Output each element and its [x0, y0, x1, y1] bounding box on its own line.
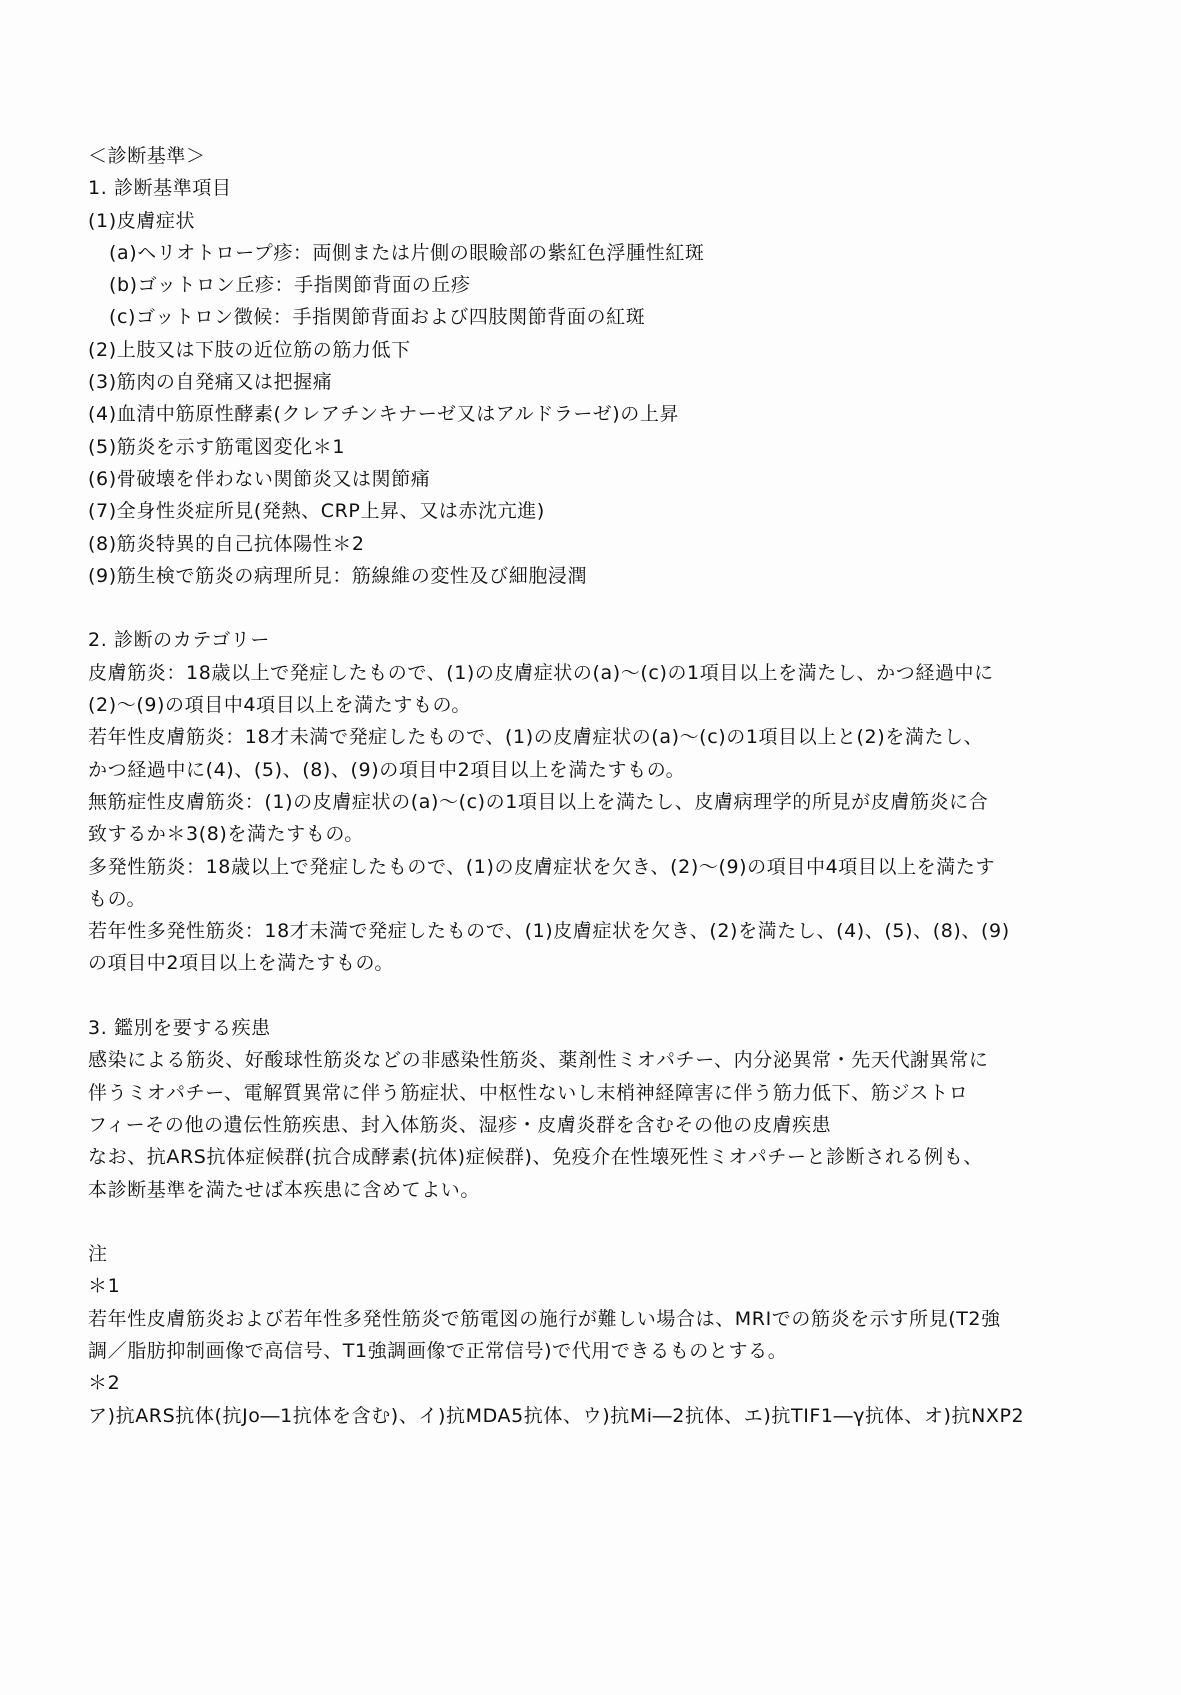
- criteria-subitem-b: (b)ゴットロン丘疹：手指関節背面の丘疹: [88, 269, 1098, 301]
- note1-label: ＊1: [88, 1270, 1098, 1302]
- criteria-item-3: (3)筋肉の自発痛又は把握痛: [88, 366, 1098, 398]
- criteria-subitem-a: (a)ヘリオトロープ疹：両側または片側の眼瞼部の紫紅色浮腫性紅斑: [88, 237, 1098, 269]
- criteria-item-7: (7)全身性炎症所見(発熱、CRP上昇、又は赤沈亢進): [88, 495, 1098, 527]
- category-line: の項目中2項目以上を満たすもの。: [88, 947, 1098, 979]
- criteria-subitem-c: (c)ゴットロン徴候：手指関節背面および四肢関節背面の紅斑: [88, 301, 1098, 333]
- category-line: 致するか＊3(8)を満たすもの。: [88, 818, 1098, 850]
- differential-line: 感染による筋炎、好酸球性筋炎などの非感染性筋炎、薬剤性ミオパチー、内分泌異常・先…: [88, 1044, 1098, 1076]
- spacer: [88, 592, 1098, 624]
- criteria-item-6: (6)骨破壊を伴わない関節炎又は関節痛: [88, 463, 1098, 495]
- criteria-item-8: (8)筋炎特異的自己抗体陽性＊2: [88, 528, 1098, 560]
- criteria-item-1: (1)皮膚症状: [88, 205, 1098, 237]
- category-line: (2)～(9)の項目中4項目以上を満たすもの。: [88, 689, 1098, 721]
- category-line: 皮膚筋炎：18歳以上で発症したもので、(1)の皮膚症状の(a)～(c)の1項目以…: [88, 657, 1098, 689]
- differential-line: なお、抗ARS抗体症候群(抗合成酵素(抗体)症候群)、免疫介在性壊死性ミオパチー…: [88, 1141, 1098, 1173]
- notes-heading: 注: [88, 1238, 1098, 1270]
- category-line: かつ経過中に(4)、(5)、(8)、(9)の項目中2項目以上を満たすもの。: [88, 754, 1098, 786]
- category-line: 無筋症性皮膚筋炎：(1)の皮膚症状の(a)～(c)の1項目以上を満たし、皮膚病理…: [88, 786, 1098, 818]
- differential-line: 本診断基準を満たせば本疾患に含めてよい。: [88, 1174, 1098, 1206]
- spacer: [88, 1206, 1098, 1238]
- criteria-item-5: (5)筋炎を示す筋電図変化＊1: [88, 431, 1098, 463]
- note2-label: ＊2: [88, 1367, 1098, 1399]
- category-line: 多発性筋炎：18歳以上で発症したもので、(1)の皮膚症状を欠き、(2)～(9)の…: [88, 851, 1098, 883]
- section3-heading: 3. 鑑別を要する疾患: [88, 1012, 1098, 1044]
- differential-line: 伴うミオパチー、電解質異常に伴う筋症状、中枢性ないし末梢神経障害に伴う筋力低下、…: [88, 1077, 1098, 1109]
- note2-line: ア)抗ARS抗体(抗Jo―1抗体を含む)、イ)抗MDA5抗体、ウ)抗Mi―2抗体…: [88, 1400, 1098, 1432]
- note1-line: 若年性皮膚筋炎および若年性多発性筋炎で筋電図の施行が難しい場合は、MRIでの筋炎…: [88, 1303, 1098, 1335]
- criteria-item-9: (9)筋生検で筋炎の病理所見：筋線維の変性及び細胞浸潤: [88, 560, 1098, 592]
- section1-heading: 1. 診断基準項目: [88, 172, 1098, 204]
- section2-heading: 2. 診断のカテゴリー: [88, 624, 1098, 656]
- category-line: 若年性多発性筋炎：18才未満で発症したもので、(1)皮膚症状を欠き、(2)を満た…: [88, 915, 1098, 947]
- spacer: [88, 980, 1098, 1012]
- category-line: もの。: [88, 883, 1098, 915]
- criteria-item-4: (4)血清中筋原性酵素(クレアチンキナーゼ又はアルドラーゼ)の上昇: [88, 398, 1098, 430]
- criteria-item-2: (2)上肢又は下肢の近位筋の筋力低下: [88, 334, 1098, 366]
- differential-line: フィーその他の遺伝性筋疾患、封入体筋炎、湿疹・皮膚炎群を含むその他の皮膚疾患: [88, 1109, 1098, 1141]
- document-page: ＜診断基準＞ 1. 診断基準項目 (1)皮膚症状 (a)ヘリオトロープ疹：両側ま…: [88, 140, 1098, 1432]
- document-title: ＜診断基準＞: [88, 140, 1098, 172]
- note1-line: 調／脂肪抑制画像で高信号、T1強調画像で正常信号)で代用できるものとする。: [88, 1335, 1098, 1367]
- category-line: 若年性皮膚筋炎：18才未満で発症したもので、(1)の皮膚症状の(a)～(c)の1…: [88, 721, 1098, 753]
